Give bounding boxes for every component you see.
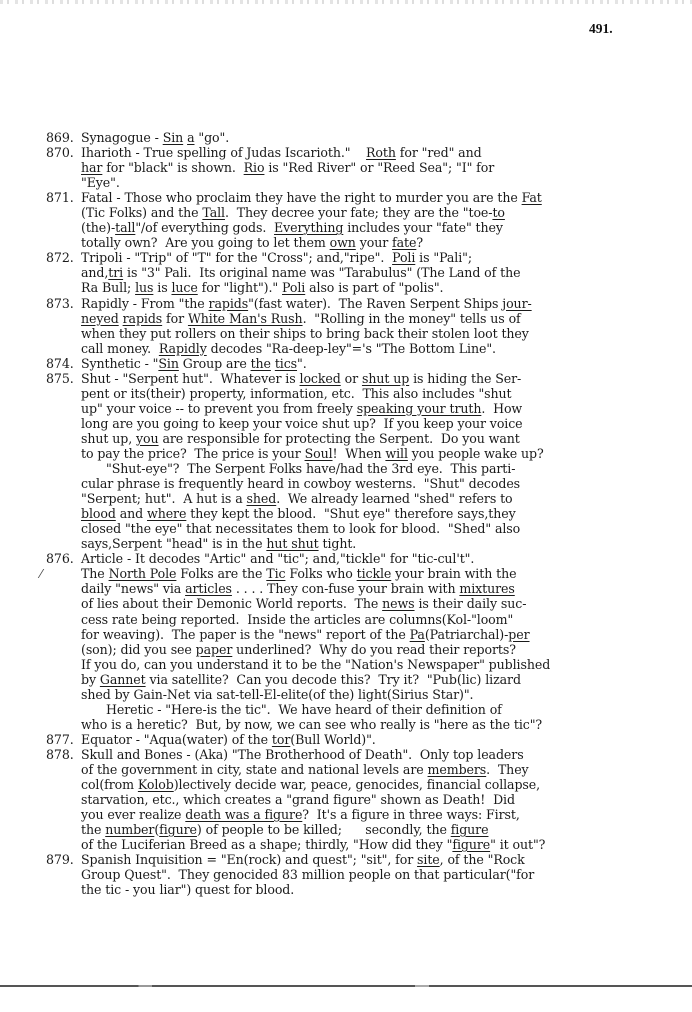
entry-text: Synthetic - "Sin Group are the tics". [81,356,646,371]
entry-876: 876.Article - It decodes "Artic" and "ti… [46,551,646,732]
entry-text: Equator - "Aqua(water) of the tor(Bull W… [81,732,646,747]
page-number: 491. [589,21,613,37]
entry-number: 872. [46,250,81,295]
entry-871: 871.Fatal - Those who proclaim they have… [46,190,646,250]
entry-text: Iharioth - True spelling of Judas Iscari… [81,145,646,190]
entry-text: Article - It decodes "Artic" and "tic"; … [81,551,646,732]
entry-869: 869.Synagogue - Sin a "go". [46,130,646,145]
entry-number: 873. [46,296,81,356]
entry-number: 869. [46,130,81,145]
entry-877: 877.Equator - "Aqua(water) of the tor(Bu… [46,732,646,747]
bottom-rule [0,985,692,987]
entry-870: 870.Iharioth - True spelling of Judas Is… [46,145,646,190]
entry-number: 871. [46,190,81,250]
entry-879: 879.Spanish Inquisition = "En(rock) and … [46,852,646,897]
entry-text: Tripoli - "Trip" of "T" for the "Cross";… [81,250,646,295]
entry-number: 878. [46,747,81,852]
entry-text: Rapidly - From "the rapids"(fast water).… [81,296,646,356]
entry-number: 875. [46,371,81,552]
entry-text: Spanish Inquisition = "En(rock) and ques… [81,852,646,897]
scan-top-edge [0,0,692,4]
entry-text: Synagogue - Sin a "go". [81,130,646,145]
entry-text: Fatal - Those who proclaim they have the… [81,190,646,250]
entry-number: 879. [46,852,81,897]
entry-875: 875.Shut - "Serpent hut". Whatever is lo… [46,371,646,552]
entry-878: 878.Skull and Bones - (Aka) "The Brother… [46,747,646,852]
margin-mark: ⁄ [40,567,42,581]
entry-text: Skull and Bones - (Aka) "The Brotherhood… [81,747,646,852]
entry-number: 876. [46,551,81,732]
entry-873: 873.Rapidly - From "the rapids"(fast wat… [46,296,646,356]
entry-874: 874.Synthetic - "Sin Group are the tics"… [46,356,646,371]
entry-872: 872.Tripoli - "Trip" of "T" for the "Cro… [46,250,646,295]
entry-number: 874. [46,356,81,371]
glossary-entries: 869.Synagogue - Sin a "go".870.Iharioth … [46,130,646,897]
entry-number: 877. [46,732,81,747]
entry-number: 870. [46,145,81,190]
entry-text: Shut - "Serpent hut". Whatever is locked… [81,371,646,552]
